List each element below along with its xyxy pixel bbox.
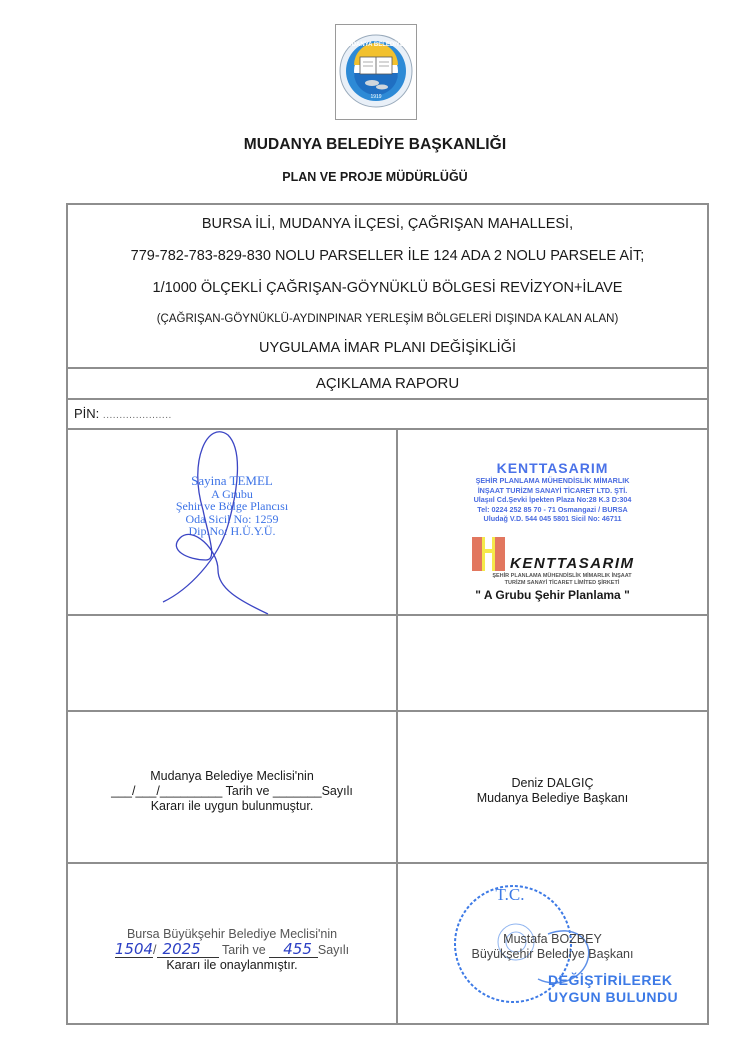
metro-council-line: Kararı ile onaylanmıştır. <box>68 958 396 973</box>
number-blank: _______ <box>273 784 322 798</box>
company-stamp-line: ŞEHİR PLANLAMA MÜHENDİSLİK MİMARLIK <box>398 476 707 486</box>
sayili-label: Sayılı <box>318 943 349 957</box>
planner-name: Sayina TEMEL <box>68 475 396 488</box>
tarih-label: Tarih ve <box>226 784 270 798</box>
planner-stamp-line: Şehir ve Bölge Plancısı <box>68 500 396 513</box>
municipal-council-line: Mudanya Belediye Meclisi'nin <box>68 769 396 784</box>
company-logo-icon <box>472 537 505 571</box>
municipal-council-line: Kararı ile uygun bulunmuştur. <box>68 799 396 814</box>
date-month: 04 <box>134 942 153 958</box>
plan-title-line: UYGULAMA İMAR PLANI DEĞİŞİKLİĞİ <box>68 340 707 356</box>
company-stamp-line: Ulaşııl Cd.Şevki İpekten Plaza No:28 K.3… <box>398 495 707 505</box>
company-stamp-cell: KENTTASARIM ŞEHİR PLANLAMA MÜHENDİSLİK M… <box>398 430 707 616</box>
municipal-council-date-line: ___/___/_________ Tarih ve _______Sayılı <box>68 784 396 799</box>
report-table: BURSA İLİ, MUDANYA İLÇESİ, ÇAĞRIŞAN MAHA… <box>66 203 709 1025</box>
plan-title-line: 779-782-783-829-830 NOLU PARSELLER İLE 1… <box>68 248 707 264</box>
metro-council-approval-cell: Bursa Büyükşehir Belediye Meclisi'nin 15… <box>68 864 398 1025</box>
sayili-label: Sayılı <box>322 784 353 798</box>
pin-label: PİN: <box>74 406 99 421</box>
decision-number: 455 <box>269 942 318 958</box>
plan-title-line: BURSA İLİ, MUDANYA İLÇESİ, ÇAĞRIŞAN MAHA… <box>68 216 707 232</box>
approval-stamp: DEĞİŞTİRİLEREK UYGUN BULUNDU <box>548 972 678 1006</box>
company-stamp-line: Tel: 0224 252 85 70 - 71 Osmangazi / BUR… <box>398 505 707 515</box>
planner-stamp: Sayina TEMEL A Grubu Şehir ve Bölge Plan… <box>68 475 396 538</box>
date-blank: ___/___/_________ <box>111 784 222 798</box>
company-logo-subtitle: ŞEHİR PLANLAMA MÜHENDİSLİK MİMARLIK İNŞA… <box>472 573 652 586</box>
report-title: AÇIKLAMA RAPORU <box>68 369 707 400</box>
approval-stamp-line: DEĞİŞTİRİLEREK <box>548 972 678 989</box>
company-logo-name: KENTTASARIM <box>510 555 635 572</box>
empty-cell <box>68 616 398 712</box>
page-title: MUDANYA BELEDİYE BAŞKANLIĞI <box>0 136 750 154</box>
company-stamp-name: KENTTASARIM <box>398 460 707 476</box>
metro-mayor-title: Büyükşehir Belediye Başkanı <box>398 947 707 962</box>
mayor-cell: Deniz DALGIÇ Mudanya Belediye Başkanı <box>398 712 707 864</box>
planner-stamp-line: Dip.No: H.Ü.Y.Ü. <box>68 525 396 538</box>
municipality-seal-icon: MUDANYA BELEDİYESİ 1919 <box>336 25 416 119</box>
metro-mayor-cell: T.C. Mustafa BOZBEY Büyükşehir Belediye … <box>398 864 707 1025</box>
svg-text:MUDANYA BELEDİYESİ: MUDANYA BELEDİYESİ <box>342 41 410 48</box>
company-stamp-line: İNŞAAT TURİZM SANAYİ TİCARET LTD. ŞTİ. <box>398 486 707 496</box>
company-stamp: KENTTASARIM ŞEHİR PLANLAMA MÜHENDİSLİK M… <box>398 460 707 524</box>
company-logo-sub-line: TURİZM SANAYİ TİCARET LİMİTED ŞİRKETİ <box>472 580 652 587</box>
municipal-council-approval-cell: Mudanya Belediye Meclisi'nin ___/___/___… <box>68 712 398 864</box>
svg-text:T.C.: T.C. <box>496 885 525 904</box>
pin-row: PİN: ..................... <box>68 400 707 430</box>
company-logo-sub-line: ŞEHİR PLANLAMA MÜHENDİSLİK MİMARLIK İNŞA… <box>472 573 652 580</box>
svg-text:1919: 1919 <box>370 94 381 100</box>
pin-value: ..................... <box>103 410 172 421</box>
empty-cell <box>398 616 707 712</box>
mayor-name: Deniz DALGIÇ <box>398 776 707 791</box>
municipality-logo: MUDANYA BELEDİYESİ 1919 <box>335 24 417 120</box>
plan-title-block: BURSA İLİ, MUDANYA İLÇESİ, ÇAĞRIŞAN MAHA… <box>68 205 707 369</box>
plan-title-line: 1/1000 ÖLÇEKLİ ÇAĞRIŞAN-GÖYNÜKLÜ BÖLGESİ… <box>68 280 707 296</box>
metro-mayor-name: Mustafa BOZBEY <box>398 932 707 947</box>
date-day: 15 <box>115 942 134 958</box>
mayor-title: Mudanya Belediye Başkanı <box>398 791 707 806</box>
page-subtitle: PLAN VE PROJE MÜDÜRLÜĞÜ <box>0 170 750 184</box>
metro-council-date-line: 1504/2025 Tarih ve 455Sayılı <box>68 942 396 958</box>
plan-title-line: (ÇAĞRIŞAN-GÖYNÜKLÜ-AYDINPINAR YERLEŞİM B… <box>68 313 707 325</box>
tarih-label: Tarih ve <box>222 943 266 957</box>
planner-signature-cell: Sayina TEMEL A Grubu Şehir ve Bölge Plan… <box>68 430 398 616</box>
approval-stamp-line: UYGUN BULUNDU <box>548 989 678 1006</box>
date-year: 2025 <box>157 942 219 958</box>
company-group-label: " A Grubu Şehir Planlama " <box>398 588 707 602</box>
company-stamp-line: Uludağ V.D. 544 045 5801 Sicil No: 46711 <box>398 514 707 524</box>
